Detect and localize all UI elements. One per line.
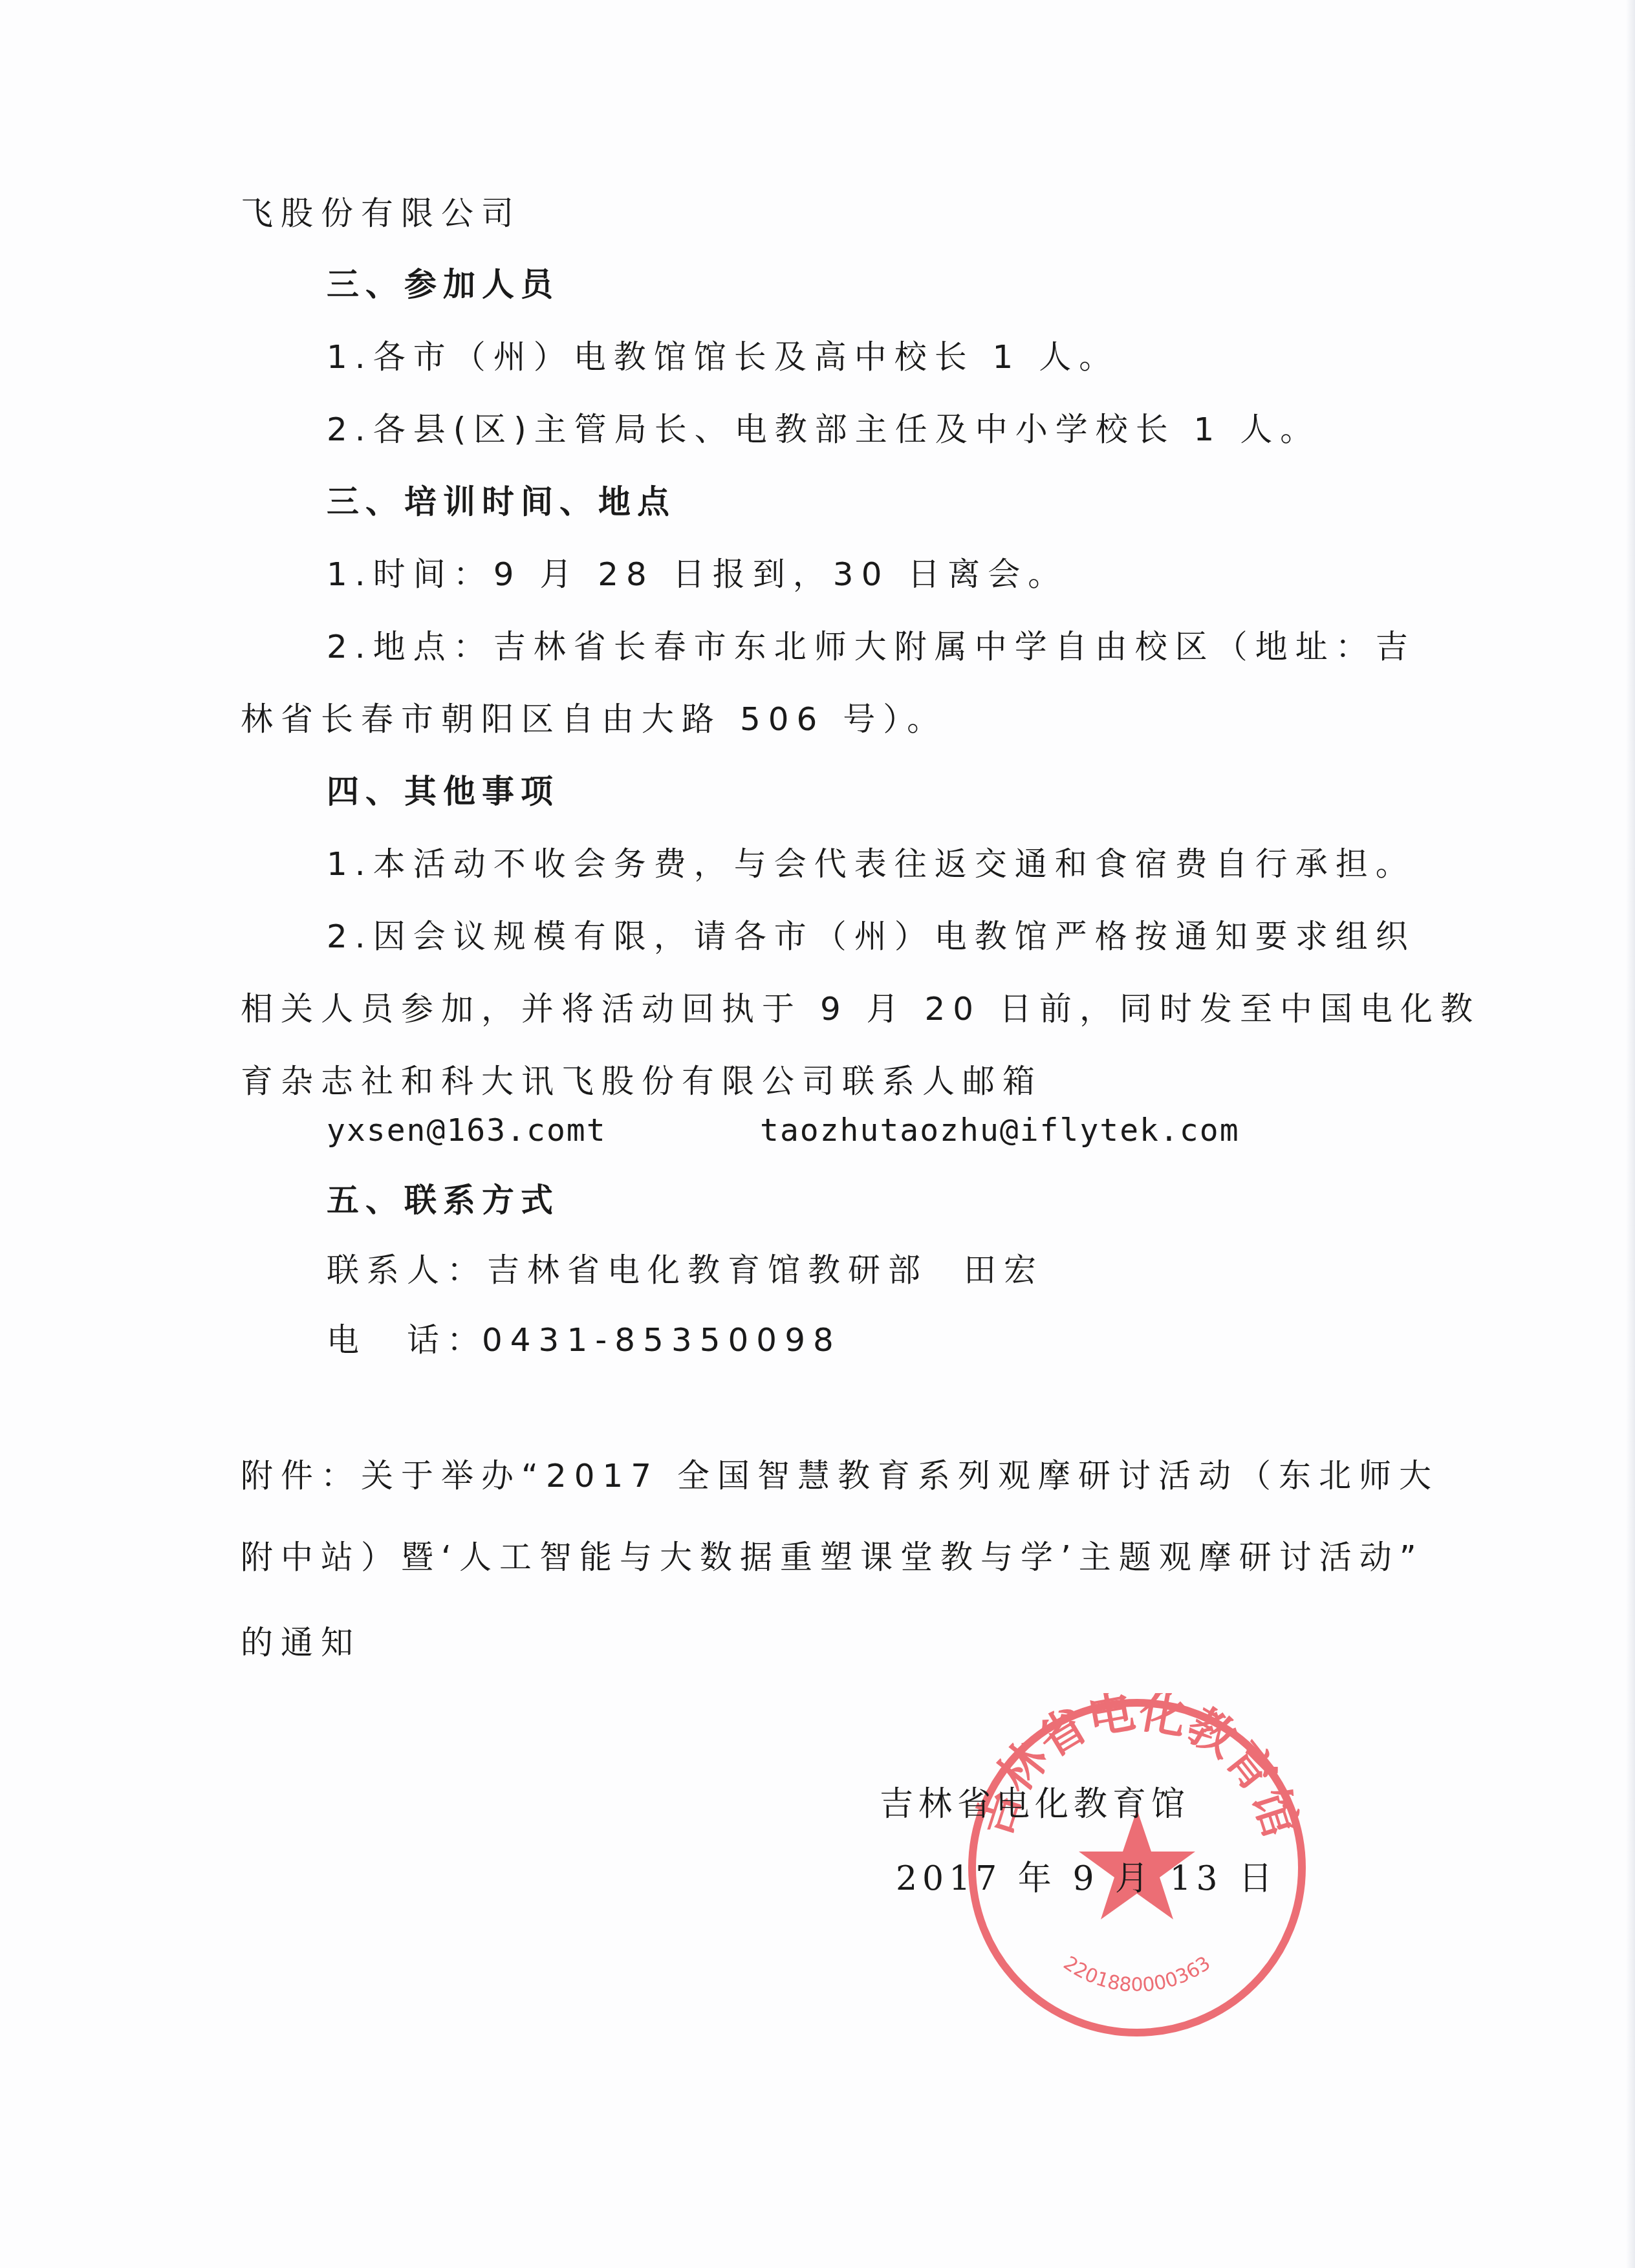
attachment-line-2: 附中站）暨‘人工智能与大数据重塑课堂教与学’主题观摩研讨活动” bbox=[241, 1538, 1424, 1577]
place-item: 2.地点：吉林省长春市东北师大附属中学自由校区（地址：吉 bbox=[327, 627, 1416, 666]
other-item-2-continued-2: 育杂志社和科大讯飞股份有限公司联系人邮箱 bbox=[241, 1062, 1043, 1101]
phone-number: 0431-85350098 bbox=[482, 1321, 841, 1359]
other-item-2-continued-1: 相关人员参加，并将活动回执于 9 月 20 日前，同时发至中国电化教 bbox=[241, 989, 1480, 1028]
other-item-2: 2.因会议规模有限，请各市（州）电教馆严格按通知要求组织 bbox=[327, 917, 1416, 956]
email-2: taozhutaozhu@iflytek.com bbox=[760, 1111, 1240, 1150]
svg-text:2201880000363: 2201880000363 bbox=[1059, 1952, 1215, 1996]
document-page: 飞股份有限公司 三、参加人员 1.各市（州）电教馆馆长及高中校长 1 人。 2.… bbox=[0, 0, 1635, 2268]
section-heading-time-place: 三、培训时间、地点 bbox=[327, 482, 676, 521]
section-heading-participants: 三、参加人员 bbox=[327, 265, 559, 304]
participants-item-1: 1.各市（州）电教馆馆长及高中校长 1 人。 bbox=[327, 338, 1119, 376]
attachment-line-3: 的通知 bbox=[241, 1623, 361, 1662]
section-heading-contact: 五、联系方式 bbox=[327, 1181, 559, 1220]
signature-date: 2017 年 9 月 13 日 bbox=[896, 1859, 1277, 1898]
section-heading-other: 四、其他事项 bbox=[327, 772, 559, 811]
scan-edge-shadow bbox=[1626, 0, 1635, 2268]
participants-item-2: 2.各县(区)主管局长、电教部主任及中小学校长 1 人。 bbox=[327, 410, 1320, 449]
attachment-line-1: 附件：关于举办“2017 全国智慧教育系列观摩研讨活动（东北师大 bbox=[241, 1456, 1439, 1495]
contact-name: 田宏 bbox=[964, 1251, 1044, 1290]
phone-label: 电 话： bbox=[327, 1321, 487, 1359]
contact-label: 联系人：吉林省电化教育馆教研部 bbox=[327, 1251, 928, 1290]
email-1: yxsen@163.comt bbox=[327, 1111, 607, 1150]
time-item: 1.时间：9 月 28 日报到，30 日离会。 bbox=[327, 555, 1068, 594]
continuation-text: 飞股份有限公司 bbox=[241, 194, 521, 233]
signature-org: 吉林省电化教育馆 bbox=[880, 1785, 1190, 1824]
other-item-1: 1.本活动不收会务费，与会代表往返交通和食宿费自行承担。 bbox=[327, 845, 1416, 883]
place-item-continued: 林省长春市朝阳区自由大路 506 号）。 bbox=[241, 700, 947, 739]
